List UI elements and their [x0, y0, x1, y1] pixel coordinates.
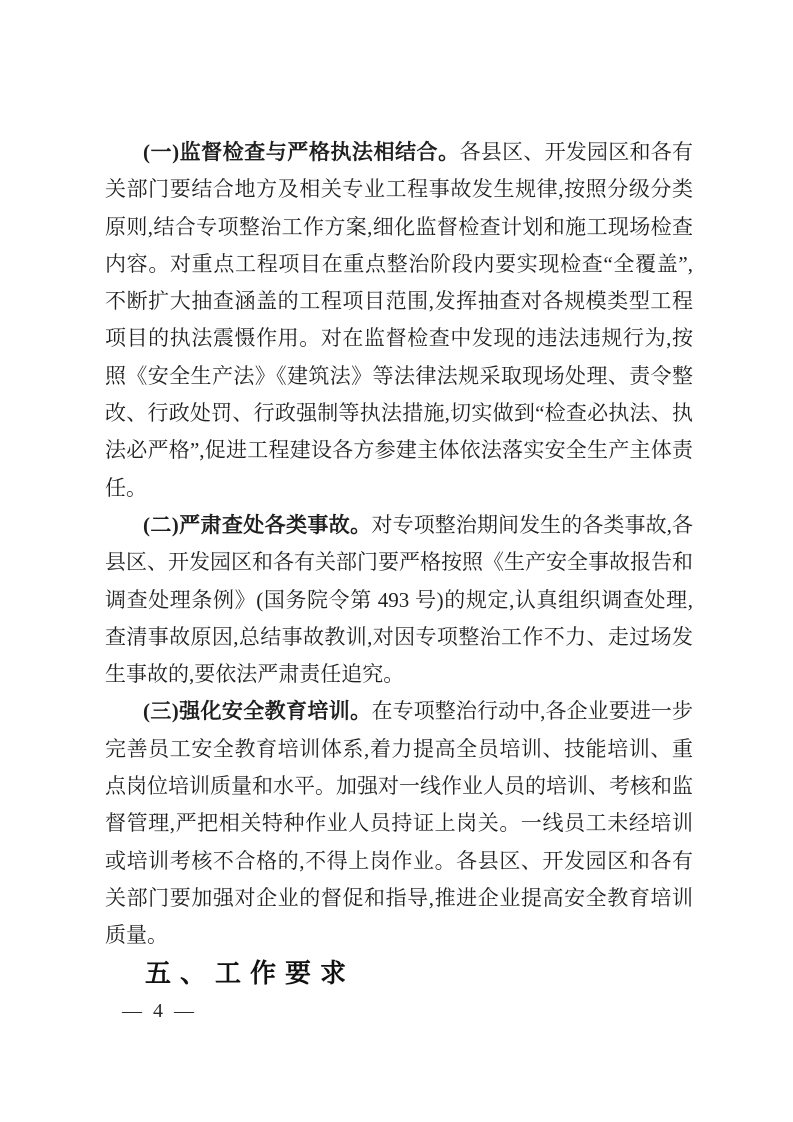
paragraph-1-lead: (一)监督检查与严格执法相结合。: [143, 140, 460, 164]
section-heading-work-requirements: 五、工作要求: [105, 955, 693, 992]
paragraph-2-text: 对专项整治期间发生的各类事故,各县区、开发园区和各有关部门要严格按照《生产安全事…: [105, 513, 693, 686]
paragraph-3-text: 在专项整治行动中,各企业要进一步完善员工安全教育培训体系,着力提高全员培训、技能…: [105, 699, 693, 947]
paragraph-supervision-enforcement: (一)监督检查与严格执法相结合。各县区、开发园区和各有关部门要结合地方及相关专业…: [105, 134, 693, 507]
paragraph-2-lead: (二)严肃查处各类事故。: [143, 513, 372, 537]
paragraph-accident-investigation: (二)严肃查处各类事故。对专项整治期间发生的各类事故,各县区、开发园区和各有关部…: [105, 507, 693, 693]
paragraph-safety-training: (三)强化安全教育培训。在专项整治行动中,各企业要进一步完善员工安全教育培训体系…: [105, 693, 693, 954]
page-number: — 4 —: [122, 1000, 197, 1023]
document-body: (一)监督检查与严格执法相结合。各县区、开发园区和各有关部门要结合地方及相关专业…: [105, 134, 693, 992]
paragraph-3-lead: (三)强化安全教育培训。: [143, 699, 372, 723]
paragraph-1-text: 各县区、开发园区和各有关部门要结合地方及相关专业工程事故发生规律,按照分级分类原…: [105, 140, 693, 500]
document-page: (一)监督检查与严格执法相结合。各县区、开发园区和各有关部门要结合地方及相关专业…: [0, 0, 793, 1122]
